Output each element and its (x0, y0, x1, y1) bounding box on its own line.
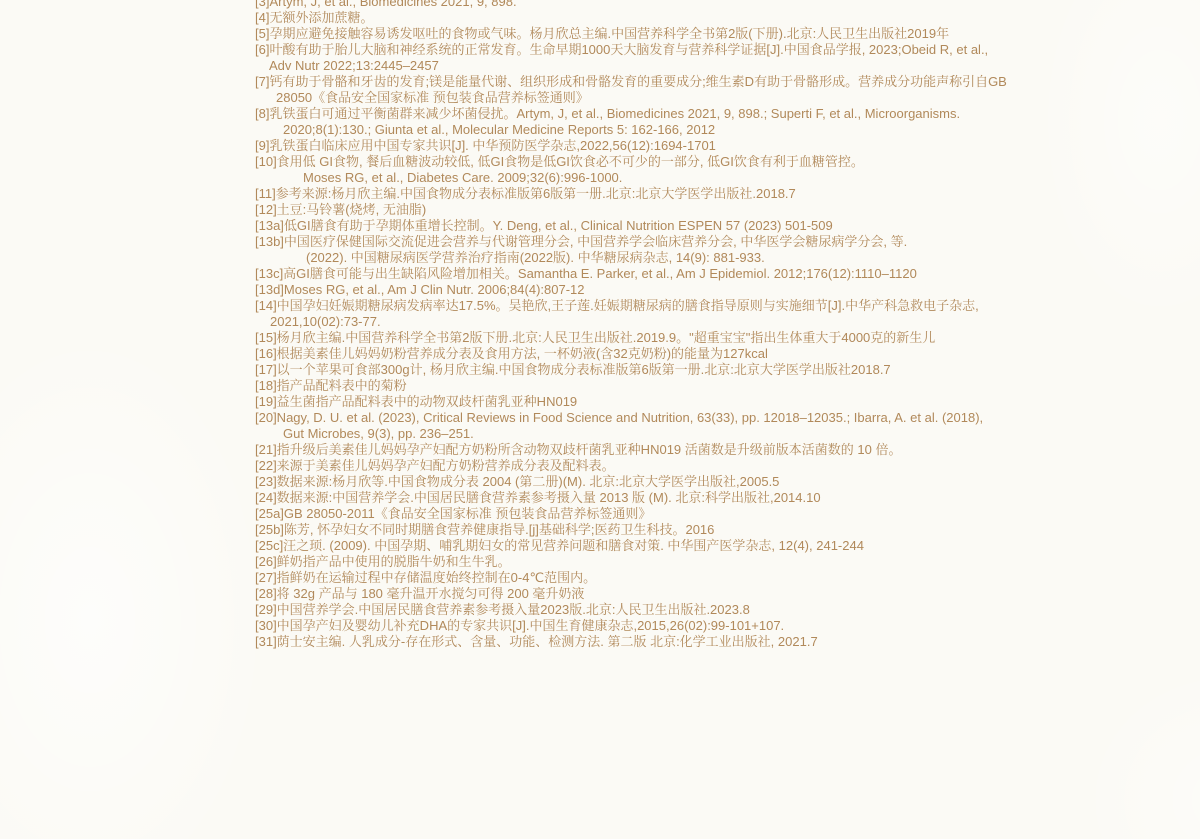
reference-line: [27]指鲜奶在运输过程中存储温度始终控制在0-4℃范围内。 (255, 570, 1007, 586)
reference-line: [28]将 32g 产品与 180 毫升温开水搅匀可得 200 毫升奶液 (255, 586, 1007, 602)
reference-line: 28050《食品安全国家标准 预包装食品营养标签通则》 (276, 90, 1007, 106)
reference-line: 2021,10(02):73-77. (270, 314, 1007, 330)
reference-line: [3]Artym, J, et al., Biomedicines 2021, … (255, 0, 1007, 10)
reference-line: [18]指产品配料表中的菊粉 (255, 378, 1007, 394)
reference-line: [20]Nagy, D. U. et al. (2023), Critical … (255, 410, 1007, 426)
reference-line: 2020;8(1):130.; Giunta et al., Molecular… (283, 122, 1007, 138)
reference-line: Gut Microbes, 9(3), pp. 236–251. (283, 426, 1007, 442)
reference-line: [8]乳铁蛋白可通过平衡菌群来减少坏菌侵扰。Artym, J, et al., … (255, 106, 1007, 122)
reference-line: [9]乳铁蛋白临床应用中国专家共识[J]. 中华预防医学杂志,2022,56(1… (255, 138, 1007, 154)
reference-line: Adv Nutr 2022;13:2445–2457 (269, 58, 1007, 74)
reference-line: [6]叶酸有助于胎儿大脑和神经系统的正常发育。生命早期1000天大脑发育与营养科… (255, 42, 1007, 58)
reference-line: [4]无额外添加蔗糖。 (255, 10, 1007, 26)
reference-line: [11]参考来源:杨月欣主编.中国食物成分表标准版第6版第一册.北京:北京大学医… (255, 186, 1007, 202)
reference-line: [14]中国孕妇妊娠期糖尿病发病率达17.5%。吴艳欣,王子莲.妊娠期糖尿病的膳… (255, 298, 1007, 314)
reference-line: [7]钙有助于骨骼和牙齿的发育;镁是能量代谢、组织形成和骨骼发育的重要成分;维生… (255, 74, 1007, 90)
reference-line: [15]杨月欣主编.中国营养科学全书第2版下册.北京:人民卫生出版社.2019.… (255, 330, 1007, 346)
references-list: [3]Artym, J, et al., Biomedicines 2021, … (255, 0, 1007, 650)
reference-line: [13b]中国医疗保健国际交流促进会营养与代谢管理分会, 中国营养学会临床营养分… (255, 234, 1007, 250)
reference-line: Moses RG, et al., Diabetes Care. 2009;32… (303, 170, 1007, 186)
reference-line: [26]鲜奶指产品中使用的脱脂牛奶和生牛乳。 (255, 554, 1007, 570)
reference-line: [24]数据来源:中国营养学会.中国居民膳食营养素参考摄入量 2013 版 (M… (255, 490, 1007, 506)
reference-line: [29]中国营养学会.中国居民膳食营养素参考摄入量2023版.北京:人民卫生出版… (255, 602, 1007, 618)
reference-line: [5]孕期应避免接触容易诱发呕吐的食物或气味。杨月欣总主编.中国营养科学全书第2… (255, 26, 1007, 42)
reference-line: [13a]低GI膳食有助于孕期体重增长控制。Y. Deng, et al., C… (255, 218, 1007, 234)
reference-line: [13c]高GI膳食可能与出生缺陷风险增加相关。Samantha E. Park… (255, 266, 1007, 282)
reference-line: [25a]GB 28050-2011《食品安全国家标准 预包装食品营养标签通则》 (255, 506, 1007, 522)
reference-line: [25c]汪之顼. (2009). 中国孕期、哺乳期妇女的常见营养问题和膳食对策… (255, 538, 1007, 554)
reference-line: [30]中国孕产妇及婴幼儿补充DHA的专家共识[J].中国生育健康杂志,2015… (255, 618, 1007, 634)
reference-line: [31]荫士安主编. 人乳成分-存在形式、含量、功能、检测方法. 第二版 北京:… (255, 634, 1007, 650)
reference-line: [19]益生菌指产品配料表中的动物双歧杆菌乳亚种HN019 (255, 394, 1007, 410)
reference-line: [17]以一个苹果可食部300g计, 杨月欣主编.中国食物成分表标准版第6版第一… (255, 362, 1007, 378)
reference-line: [21]指升级后美素佳儿妈妈孕产妇配方奶粉所含动物双歧杆菌乳亚种HN019 活菌… (255, 442, 1007, 458)
reference-line: (2022). 中国糖尿病医学营养治疗指南(2022版). 中华糖尿病杂志, 1… (306, 250, 1007, 266)
reference-line: [25b]陈芳, 怀孕妇女不同时期膳食营养健康指导.[j]基础科学;医药卫生科技… (255, 522, 1007, 538)
reference-line: [16]根据美素佳儿妈妈奶粉营养成分表及食用方法, 一杯奶液(含32克奶粉)的能… (255, 346, 1007, 362)
reference-line: [10]食用低 GI食物, 餐后血糖波动较低, 低GI食物是低GI饮食必不可少的… (255, 154, 1007, 170)
reference-line: [23]数据来源:杨月欣等.中国食物成分表 2004 (第二册)(M). 北京:… (255, 474, 1007, 490)
page-background: [3]Artym, J, et al., Biomedicines 2021, … (0, 0, 1200, 839)
reference-line: [13d]Moses RG, et al., Am J Clin Nutr. 2… (255, 282, 1007, 298)
reference-line: [22]来源于美素佳儿妈妈孕产妇配方奶粉营养成分表及配料表。 (255, 458, 1007, 474)
reference-line: [12]土豆:马铃薯(烧烤, 无油脂) (255, 202, 1007, 218)
